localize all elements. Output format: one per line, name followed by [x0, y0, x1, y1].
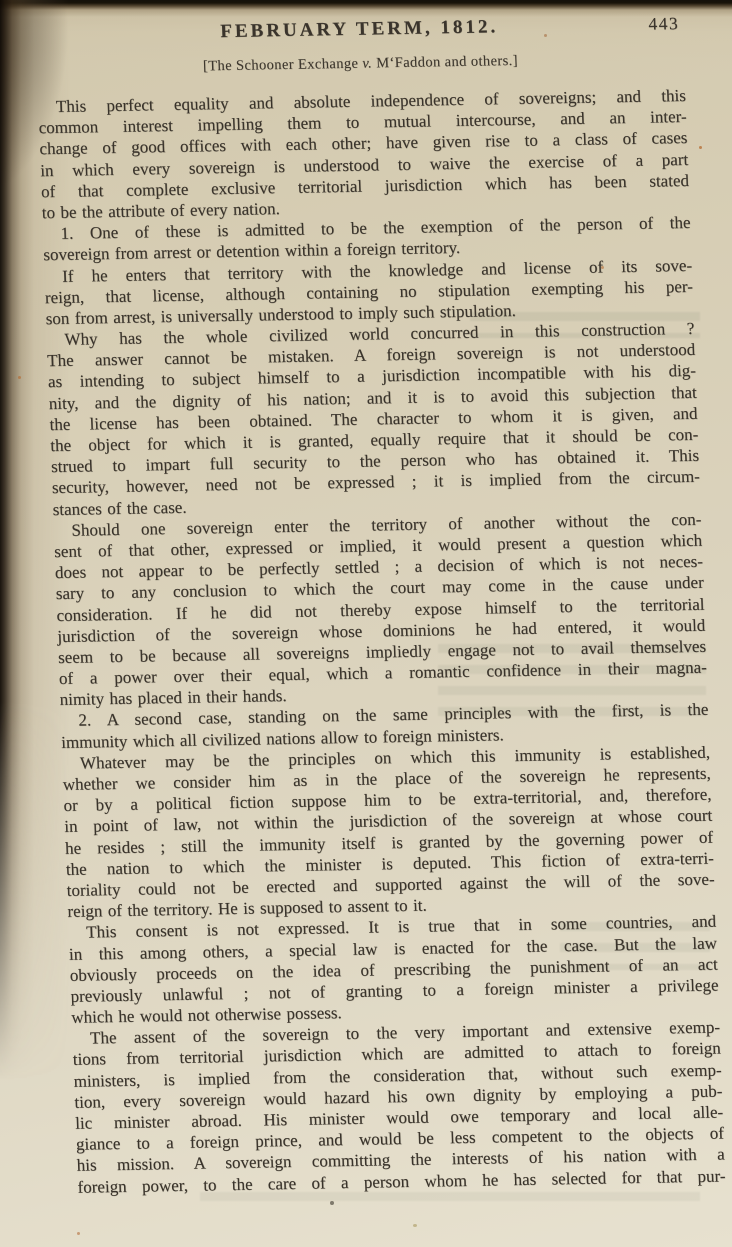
- page-body: This perfect equality and absolute indep…: [38, 85, 726, 1198]
- paper-speck: [699, 146, 702, 149]
- case-caption-versus: v.: [362, 55, 372, 71]
- case-caption-open: [The Schooner Exchange: [203, 56, 363, 75]
- running-head: FEBRUARY TERM, 1812. 443: [35, 13, 684, 50]
- scanned-book-page: FEBRUARY TERM, 1812. 443 [The Schooner E…: [0, 0, 732, 1247]
- case-caption-close: M‘Faddon and others.]: [372, 53, 518, 72]
- page-text-block: FEBRUARY TERM, 1812. 443 [The Schooner E…: [34, 0, 728, 1247]
- running-head-title: FEBRUARY TERM, 1812.: [35, 13, 684, 46]
- case-caption: [The Schooner Exchange v. M‘Faddon and o…: [36, 50, 685, 78]
- page-number: 443: [648, 13, 680, 35]
